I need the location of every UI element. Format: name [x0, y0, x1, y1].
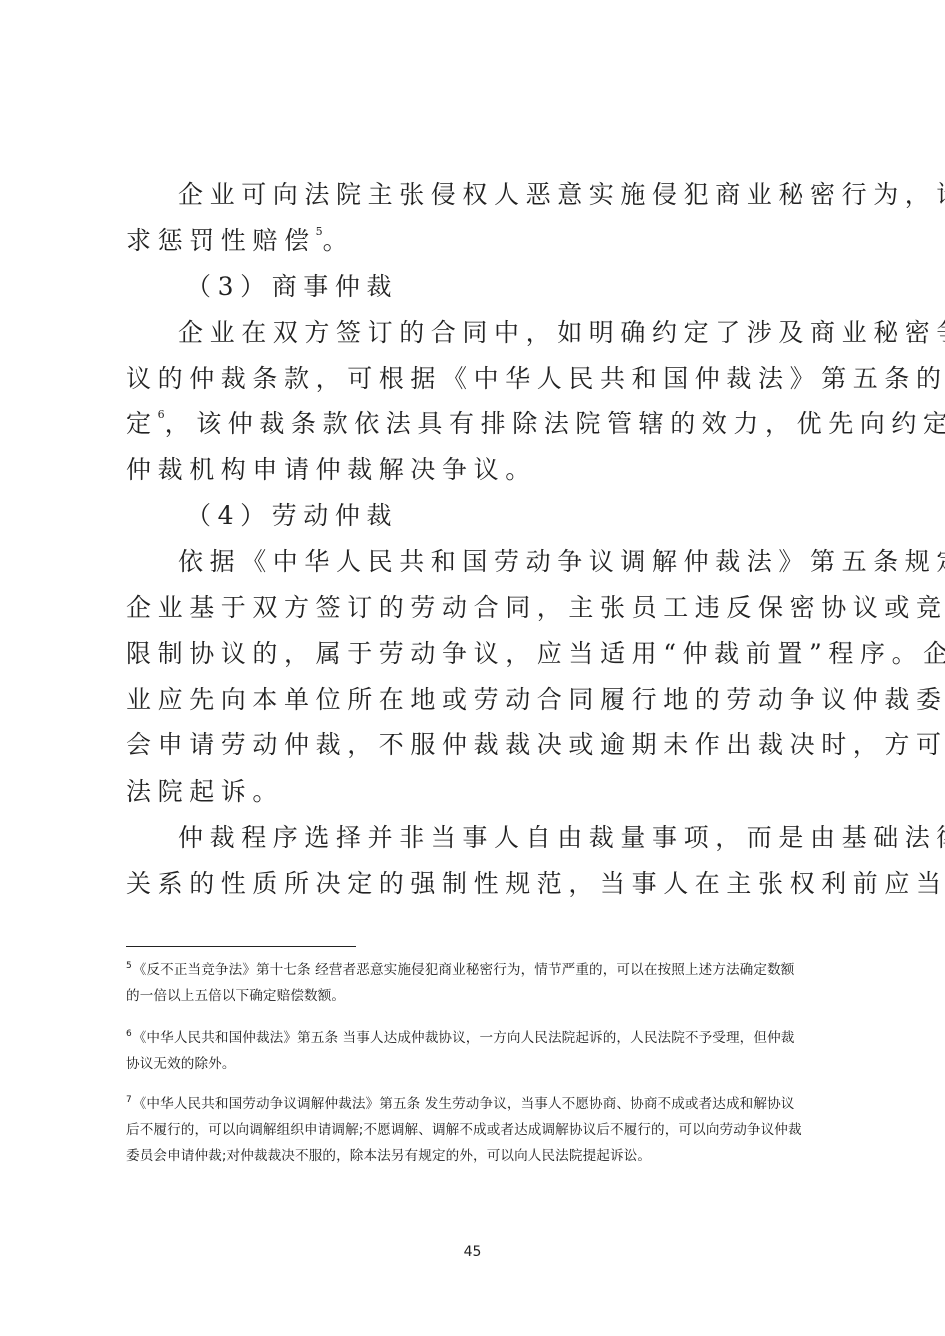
- body-line: 仲裁程序选择并非当事人自由裁量事项，而是由基础法律: [126, 815, 820, 861]
- footnote-separator: [126, 946, 356, 947]
- section-heading-commercial-arbitration: （3）商事仲裁: [126, 264, 820, 310]
- footnote-ref-6[interactable]: 6: [158, 408, 165, 421]
- body-line: 求惩罚性赔偿5。: [126, 218, 820, 264]
- body-line: 法院起诉。: [126, 769, 820, 815]
- body-line: 限制协议的，属于劳动争议，应当适用“仲裁前置”程序。企: [126, 631, 820, 677]
- footnote-6: 6《中华人民共和国仲裁法》第五条 当事人达成仲裁协议，一方向人民法院起诉的，人民…: [126, 1025, 826, 1077]
- section-heading-labor-arbitration: （4）劳动仲裁: [126, 493, 820, 539]
- body-line: 业应先向本单位所在地或劳动合同履行地的劳动争议仲裁委员: [126, 677, 820, 723]
- body-line: 仲裁机构申请仲裁解决争议。: [126, 447, 820, 493]
- body-line: 关系的性质所决定的强制性规范，当事人在主张权利前应当准: [126, 861, 820, 907]
- body-line: 依据《中华人民共和国劳动争议调解仲裁法》第五条规定7，: [126, 539, 820, 585]
- body-line: 定6，该仲裁条款依法具有排除法院管辖的效力，优先向约定的: [126, 401, 820, 447]
- document-page: 企业可向法院主张侵权人恶意实施侵犯商业秘密行为，请 求惩罚性赔偿5。 （3）商事…: [0, 0, 945, 1336]
- footnote-5: 5《反不正当竞争法》第十七条 经营者恶意实施侵犯商业秘密行为，情节严重的，可以在…: [126, 957, 826, 1009]
- body-line: 会申请劳动仲裁，不服仲裁裁决或逾期未作出裁决时，方可向: [126, 722, 820, 768]
- body-line: 企业基于双方签订的劳动合同，主张员工违反保密协议或竞业: [126, 585, 820, 631]
- footnote-7: 7《中华人民共和国劳动争议调解仲裁法》第五条 发生劳动争议，当事人不愿协商、协商…: [126, 1091, 826, 1169]
- body-line: 企业在双方签订的合同中，如明确约定了涉及商业秘密争: [126, 310, 820, 356]
- footnote-ref-5[interactable]: 5: [316, 225, 323, 238]
- body-line: 企业可向法院主张侵权人恶意实施侵犯商业秘密行为，请: [126, 172, 820, 218]
- body-line: 议的仲裁条款，可根据《中华人民共和国仲裁法》第五条的规: [126, 356, 820, 402]
- page-number: 45: [0, 1244, 945, 1260]
